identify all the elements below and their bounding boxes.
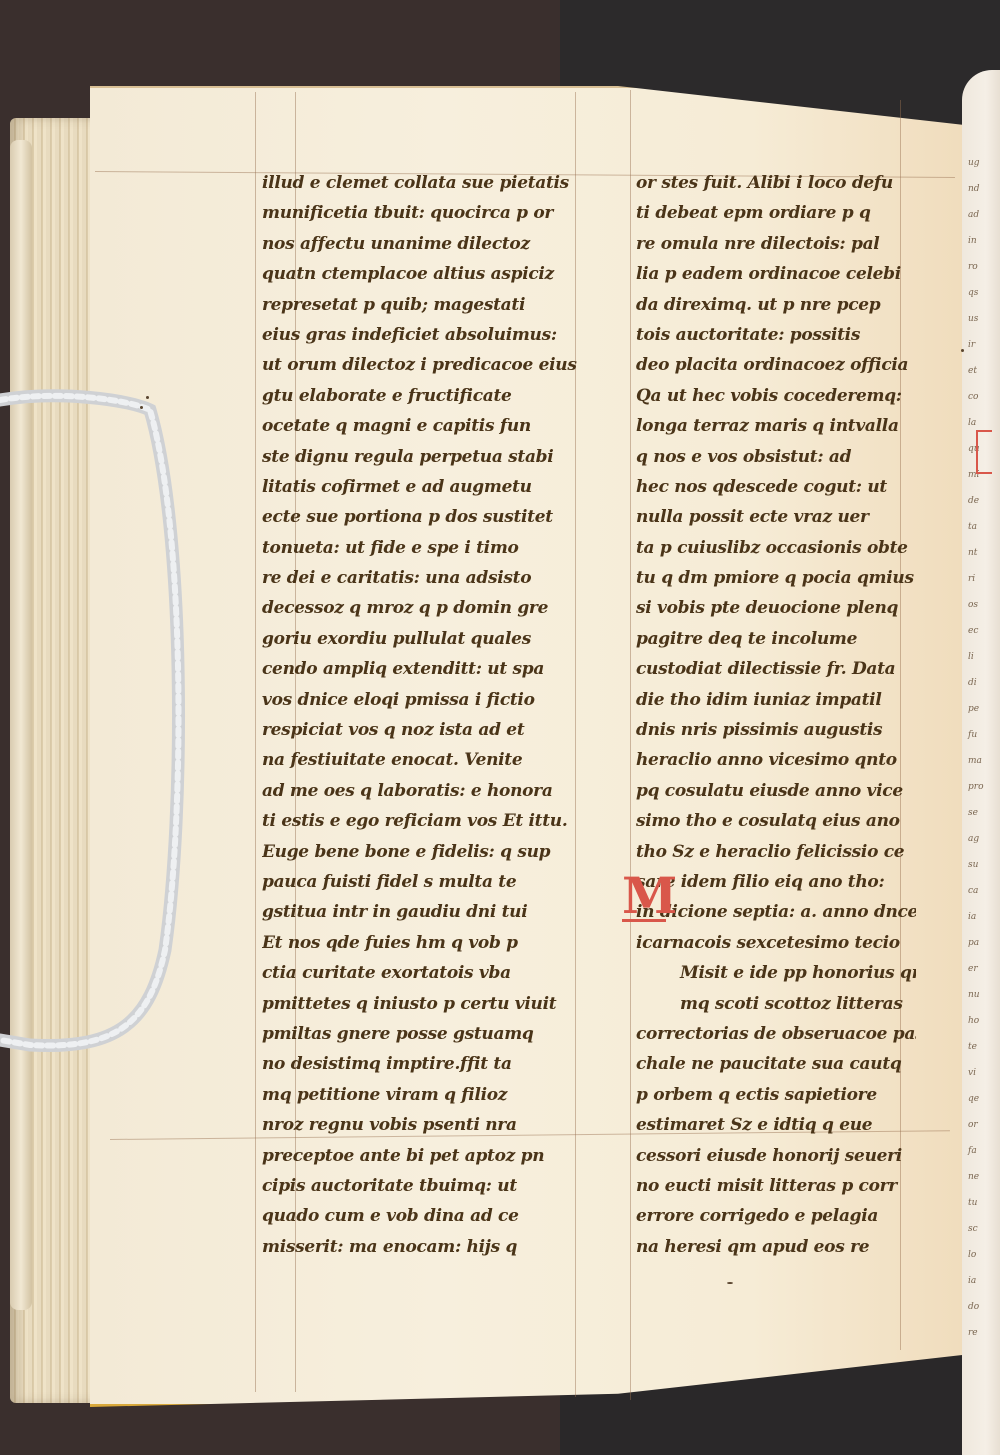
ruling-line-center-right <box>630 90 631 1400</box>
text-line: illud e clemet collata sue pietatis <box>262 168 602 198</box>
text-line: re dei e caritatis: una adsisto <box>262 563 602 593</box>
text-line: no eucti misit litteras p corr <box>636 1171 916 1201</box>
facing-text-fragment: ia <box>968 904 1000 930</box>
text-line: icarnacois sexcetesimo tecio <box>636 928 916 958</box>
facing-text-fragment: te <box>968 1034 1000 1060</box>
facing-text-fragment: co <box>968 384 1000 410</box>
text-line: munificetia tbuit: quocirca p or <box>262 198 602 228</box>
text-line: gstitua intr in gaudiu dni tui <box>262 897 602 927</box>
ink-speck <box>961 349 964 352</box>
ruling-line-left-outer <box>255 92 256 1392</box>
ink-speck <box>727 1282 733 1284</box>
text-line: nulla possit ecte vraz uer <box>636 502 916 532</box>
text-line: estimaret Sz e idtiq q eue <box>636 1110 916 1140</box>
text-line: sare idem filio eiq ano tho: <box>636 867 916 897</box>
text-line: in dicione septia: a. anno dnce <box>636 897 916 927</box>
text-line: Et nos qde fuies hm q vob p <box>262 928 602 958</box>
facing-text-fragment: tu <box>968 1190 1000 1216</box>
text-line: tois auctoritate: possitis <box>636 320 916 350</box>
text-line: preceptoe ante bi pet aptoz pn <box>262 1141 602 1171</box>
text-line: chale ne paucitate sua cautq <box>636 1049 916 1079</box>
text-line: custodiat dilectissie fr. Data <box>636 654 916 684</box>
text-line: nroz regnu vobis psenti nra <box>262 1110 602 1140</box>
text-line: p orbem q ectis sapietiore <box>636 1080 916 1110</box>
text-line: ctia curitate exortatois vba <box>262 958 602 988</box>
facing-text-fragment: ec <box>968 618 1000 644</box>
text-line: misserit: ma enocam: hijs q <box>262 1232 602 1262</box>
binding-spine <box>10 140 32 1310</box>
text-line: goriu exordiu pullulat quales <box>262 624 602 654</box>
text-line: ad me oes q laboratis: e honora <box>262 776 602 806</box>
text-line: ocetate q magni e capitis fun <box>262 411 602 441</box>
facing-text-fragment: se <box>968 800 1000 826</box>
text-line: lia p eadem ordinacoe celebi <box>636 259 916 289</box>
text-line: re omula nre dilectois: pal <box>636 229 916 259</box>
text-line: ti estis e ego reficiam vos Et ittu. <box>262 806 602 836</box>
facing-page-text: ug nd ad in ro qs us ir et co la qu mi d… <box>968 150 1000 1346</box>
facing-text-fragment: vi <box>968 1060 1000 1086</box>
facing-page-edge: ug nd ad in ro qs us ir et co la qu mi d… <box>962 70 1000 1455</box>
facing-text-fragment: ro <box>968 254 1000 280</box>
rubricated-initial: M <box>622 873 666 922</box>
text-line: pagitre deq te incolume <box>636 624 916 654</box>
facing-text-fragment: qe <box>968 1086 1000 1112</box>
text-line: ut orum dilectoz i predicacoe eius <box>262 350 602 380</box>
text-column-right: or stes fuit. Alibi i loco defu ti debea… <box>636 168 916 1262</box>
text-line: tu q dm pmiore q pocia qmius <box>636 563 916 593</box>
text-line: longa terraz maris q intvalla <box>636 411 916 441</box>
text-line: pauca fuisti fidel s multa te <box>262 867 602 897</box>
facing-text-fragment: lo <box>968 1242 1000 1268</box>
facing-text-fragment: ri <box>968 566 1000 592</box>
ink-speck <box>146 396 149 399</box>
text-line: mq petitione viram q filioz <box>262 1080 602 1110</box>
text-line: q nos e vos obsistut: ad <box>636 442 916 472</box>
facing-text-fragment: pe <box>968 696 1000 722</box>
facing-text-fragment: pro <box>968 774 1000 800</box>
facing-text-fragment: li <box>968 644 1000 670</box>
facing-text-fragment: et <box>968 358 1000 384</box>
text-line: ecte sue portiona p dos sustitet <box>262 502 602 532</box>
text-line: ta p cuiuslibz occasionis obte <box>636 533 916 563</box>
text-line: na festiuitate enocat. Venite <box>262 745 602 775</box>
text-line: or stes fuit. Alibi i loco defu <box>636 168 916 198</box>
text-line: respiciat vos q noz ista ad et <box>262 715 602 745</box>
facing-text-fragment: ne <box>968 1164 1000 1190</box>
text-line: die tho idim iuniaz impatil <box>636 685 916 715</box>
text-line: decessoz q mroz q p domin gre <box>262 593 602 623</box>
text-line: ti debeat epm ordiare p q <box>636 198 916 228</box>
text-line: na heresi qm apud eos re <box>636 1232 916 1262</box>
text-line: quatn ctemplacoe altius aspiciz <box>262 259 602 289</box>
text-line: errore corrigedo e pelagia <box>636 1201 916 1231</box>
text-line: pq cosulatu eiusde anno vice <box>636 776 916 806</box>
facing-text-fragment: ag <box>968 826 1000 852</box>
facing-text-fragment: nt <box>968 540 1000 566</box>
text-line: deo placita ordinacoez officia <box>636 350 916 380</box>
facing-page-red-initial <box>976 430 992 474</box>
facing-text-fragment: ma <box>968 748 1000 774</box>
ink-speck <box>140 406 143 409</box>
facing-text-fragment: ta <box>968 514 1000 540</box>
facing-text-fragment: fu <box>968 722 1000 748</box>
text-line: litatis cofirmet e ad augmetu <box>262 472 602 502</box>
facing-text-fragment: do <box>968 1294 1000 1320</box>
text-line: heraclio anno vicesimo qnto <box>636 745 916 775</box>
text-line: cipis auctoritate tbuimq: ut <box>262 1171 602 1201</box>
facing-text-fragment: ia <box>968 1268 1000 1294</box>
facing-text-fragment: qs <box>968 280 1000 306</box>
text-line: Misit e ide pp honorius qnto <box>636 958 916 988</box>
text-line: dnis nris pissimis augustis <box>636 715 916 745</box>
text-line: represetat p quib; magestati <box>262 290 602 320</box>
facing-text-fragment: or <box>968 1112 1000 1138</box>
text-line: simo tho e cosulatq eius ano <box>636 806 916 836</box>
text-line: ste dignu regula perpetua stabi <box>262 442 602 472</box>
facing-text-fragment: sc <box>968 1216 1000 1242</box>
text-line: tonueta: ut fide e spe i timo <box>262 533 602 563</box>
text-line: tho Sz e heraclio felicissio ce <box>636 837 916 867</box>
facing-text-fragment: ad <box>968 202 1000 228</box>
text-line: Qa ut hec vobis cocederemq: <box>636 381 916 411</box>
facing-text-fragment: di <box>968 670 1000 696</box>
facing-text-fragment: re <box>968 1320 1000 1346</box>
facing-text-fragment: ir <box>968 332 1000 358</box>
text-line: mq scoti scottoz litteras <box>636 989 916 1019</box>
text-line: no desistimq imptire.ffit ta <box>262 1049 602 1079</box>
text-line: pmittetes q iniusto p certu viuit <box>262 989 602 1019</box>
facing-text-fragment: er <box>968 956 1000 982</box>
text-line: cendo ampliq extenditt: ut spa <box>262 654 602 684</box>
facing-text-fragment: nd <box>968 176 1000 202</box>
text-line: Euge bene bone e fidelis: q sup <box>262 837 602 867</box>
text-line: eius gras indeficiet absoluimus: <box>262 320 602 350</box>
facing-text-fragment: fa <box>968 1138 1000 1164</box>
text-line: quado cum e vob dina ad ce <box>262 1201 602 1231</box>
text-line: gtu elaborate e fructificate <box>262 381 602 411</box>
text-column-left: illud e clemet collata sue pietatis muni… <box>262 168 602 1262</box>
facing-text-fragment: pa <box>968 930 1000 956</box>
text-line: da direximq. ut p nre pcep <box>636 290 916 320</box>
text-line: nos affectu unanime dilectoz <box>262 229 602 259</box>
facing-text-fragment: ho <box>968 1008 1000 1034</box>
facing-text-fragment: nu <box>968 982 1000 1008</box>
facing-text-fragment: su <box>968 852 1000 878</box>
text-line: vos dnice eloqi pmissa i fictio <box>262 685 602 715</box>
facing-text-fragment: us <box>968 306 1000 332</box>
facing-text-fragment: os <box>968 592 1000 618</box>
text-line: si vobis pte deuocione plenq <box>636 593 916 623</box>
facing-text-fragment: ug <box>968 150 1000 176</box>
facing-text-fragment: ca <box>968 878 1000 904</box>
text-line: cessori eiusde honorij seueri <box>636 1141 916 1171</box>
facing-text-fragment: de <box>968 488 1000 514</box>
facing-text-fragment: in <box>968 228 1000 254</box>
text-line: hec nos qdescede cogut: ut <box>636 472 916 502</box>
text-line: pmiltas gnere posse gstuamq <box>262 1019 602 1049</box>
text-line: correctorias de obseruacoe pas <box>636 1019 916 1049</box>
